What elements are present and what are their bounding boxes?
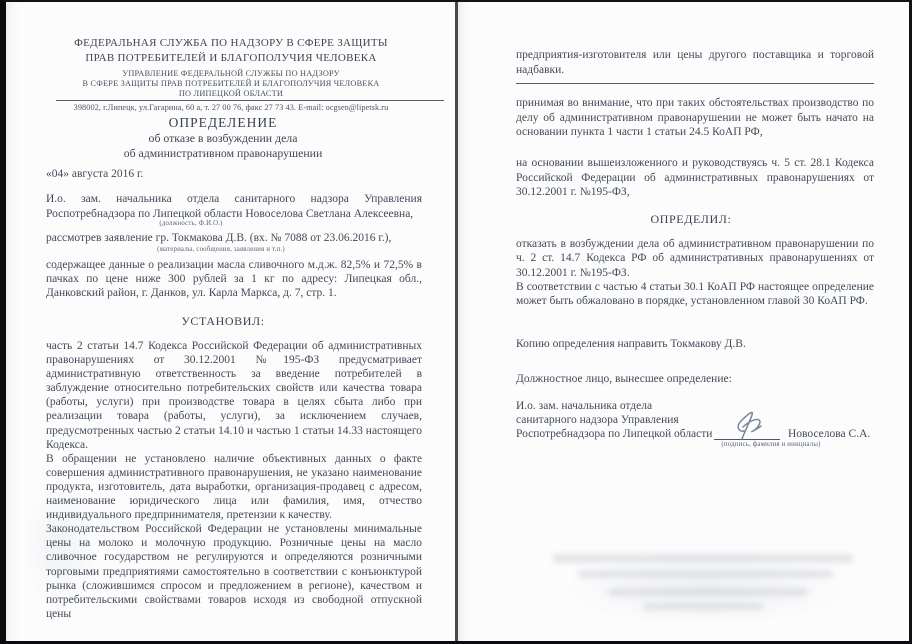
decision-paragraph-1: отказать в возбуждении дела об администр… <box>516 237 874 280</box>
application-caption: (материалы, сообщения, заявления и т.п.) <box>96 246 346 253</box>
page-divider <box>455 0 458 644</box>
header-rule <box>56 100 444 101</box>
bleed-through-artifact <box>578 570 833 578</box>
subject-paragraph: содержащее данные о реализации масла сли… <box>46 258 422 300</box>
signature-caption: (подпись, фамилия и инициалы) <box>696 441 846 448</box>
department-line1: УПРАВЛЕНИЕ ФЕДЕРАЛЬНОЙ СЛУЖБЫ ПО НАДЗОРУ <box>36 69 426 79</box>
signature-mark <box>730 405 772 445</box>
official-paragraph: И.о. зам. начальника отдела санитарного … <box>46 192 422 221</box>
signer-name: Новоселова С.А. <box>788 427 870 441</box>
signer-line3: Роспотребнадзора по Липецкой области <box>516 427 712 441</box>
agency-name: ФЕДЕРАЛЬНАЯ СЛУЖБА ПО НАДЗОРУ В СФЕРЕ ЗА… <box>36 36 426 66</box>
page-right: предприятия-изготовителя или цены другог… <box>458 2 909 641</box>
bleed-through-artifact <box>643 603 763 610</box>
opredelil-heading: ОПРЕДЕЛИЛ: <box>496 212 886 227</box>
signer-line2: санитарного надзора Управления <box>516 413 679 427</box>
document-subtitle-line2: об административном правонарушении <box>28 146 418 161</box>
official-caption: (должность, Ф.И.О.) <box>66 220 316 227</box>
document-subtitle: об отказе в возбуждении дела об админист… <box>28 131 418 160</box>
basis-paragraph: на основании вышеизложенного и руководст… <box>516 156 874 200</box>
findings-paragraph-3: Законодательством Российской Федерации н… <box>46 522 422 621</box>
department-line3: ПО ЛИПЕЦКОЙ ОБЛАСТИ <box>36 89 426 99</box>
department-name: УПРАВЛЕНИЕ ФЕДЕРАЛЬНОЙ СЛУЖБЫ ПО НАДЗОРУ… <box>36 69 426 100</box>
considering-paragraph: принимая во внимание, что при таких обст… <box>516 96 874 140</box>
section-rule <box>516 83 874 84</box>
agency-name-line1: ФЕДЕРАЛЬНАЯ СЛУЖБА ПО НАДЗОРУ В СФЕРЕ ЗА… <box>36 36 426 51</box>
bleed-through-artifact <box>553 554 853 563</box>
department-line2: В СФЕРЕ ЗАЩИТЫ ПРАВ ПОТРЕБИТЕЛЕЙ И БЛАГО… <box>36 79 426 89</box>
official-heading: Должностное лицо, вынесшее определение: <box>516 372 874 386</box>
application-line: рассмотрев заявление гр. Токмакова Д.В. … <box>46 231 422 245</box>
agency-name-line2: ПРАВ ПОТРЕБИТЕЛЕЙ И БЛАГОПОЛУЧИЯ ЧЕЛОВЕК… <box>36 51 426 66</box>
document-subtitle-line1: об отказе в возбуждении дела <box>28 131 418 146</box>
decision-body: отказать в возбуждении дела об администр… <box>516 237 874 308</box>
findings-paragraph-1: часть 2 статьи 14.7 Кодекса Российской Ф… <box>46 339 422 452</box>
signer-line1: И.о. зам. начальника отдела <box>516 399 652 413</box>
date-line: «04» августа 2016 г. <box>46 167 143 181</box>
findings-body: часть 2 статьи 14.7 Кодекса Российской Ф… <box>46 339 422 621</box>
contact-line: 398002, г.Липецк, ул.Гагарина, 60 а, т. … <box>36 103 426 112</box>
page-left: ФЕДЕРАЛЬНАЯ СЛУЖБА ПО НАДЗОРУ В СФЕРЕ ЗА… <box>6 2 455 641</box>
document-title: ОПРЕДЕЛЕНИЕ <box>28 115 418 131</box>
bleed-through-artifact <box>608 588 808 596</box>
findings-paragraph-2: В обращении не установлено наличие объек… <box>46 452 422 522</box>
scanned-document: ФЕДЕРАЛЬНАЯ СЛУЖБА ПО НАДЗОРУ В СФЕРЕ ЗА… <box>0 0 912 644</box>
copy-line: Копию определения направить Токмакову Д.… <box>516 337 874 351</box>
ustanovil-heading: УСТАНОВИЛ: <box>28 314 418 329</box>
decision-paragraph-2: В соответствии с частью 4 статьи 30.1 Ко… <box>516 280 874 309</box>
carryover-paragraph: предприятия-изготовителя или цены другог… <box>516 48 874 78</box>
